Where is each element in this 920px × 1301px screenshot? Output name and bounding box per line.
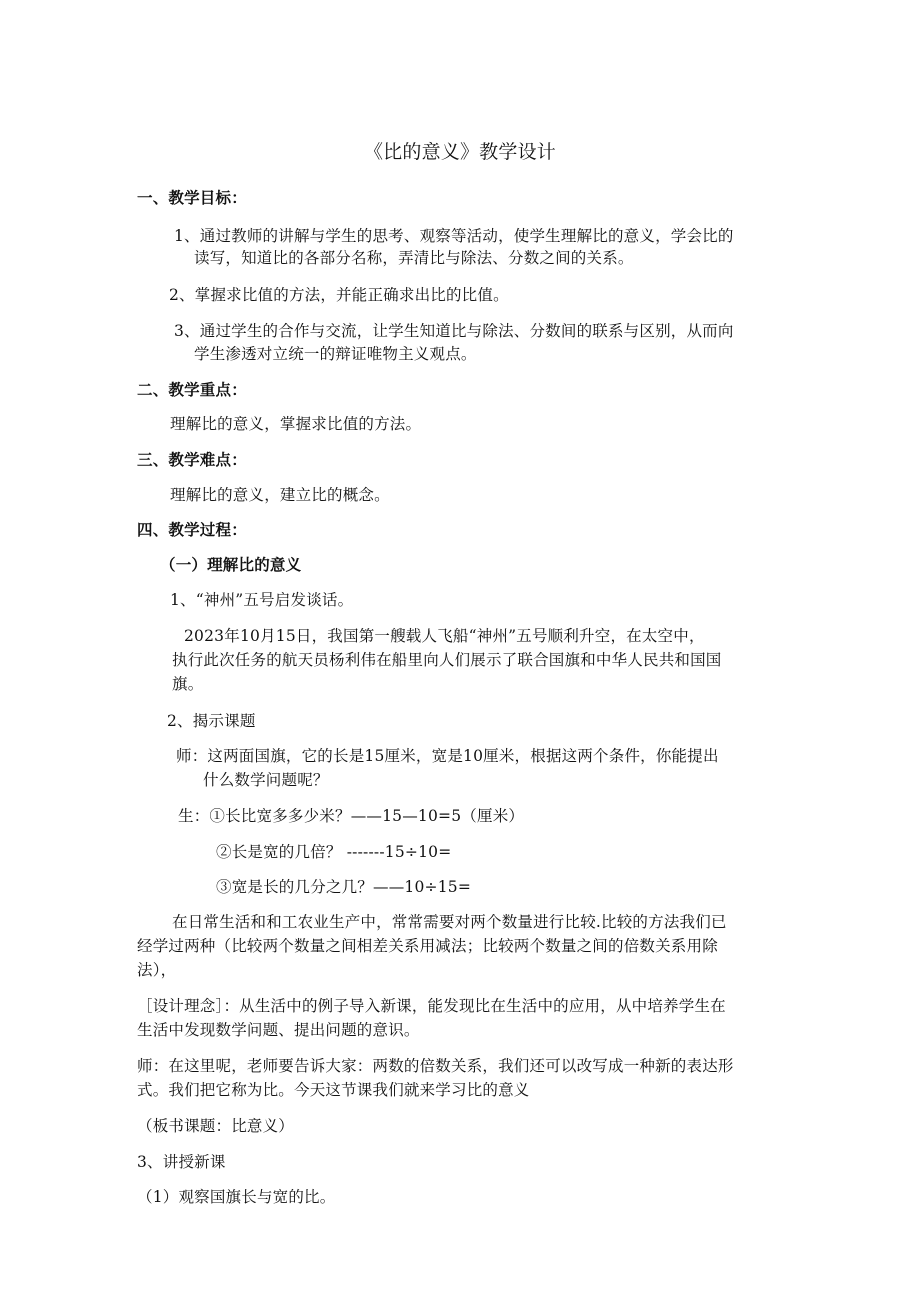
- compare-paragraph-line-2: 经学过两种（比较两个数量之间相差关系用减法；比较两个数量之间的倍数关系用除: [137, 936, 718, 956]
- step-3-subitem-1: （1）观察国旗长与宽的比。: [137, 1187, 335, 1207]
- board-title: （板书课题：比意义）: [137, 1116, 294, 1136]
- compare-paragraph-line-1: 在日常生活和和工农业生产中，常常需要对两个数量进行比较.比较的方法我们已: [172, 912, 727, 932]
- heading-process: 四、教学过程：: [137, 520, 247, 540]
- goal-1-line-1: 1、通过教师的讲解与学生的思考、观察等活动，使学生理解比的意义，学会比的: [174, 226, 734, 246]
- difficulties-text: 理解比的意义，建立比的概念。: [170, 485, 390, 505]
- step-1-title: 1、“神州”五号启发谈话。: [170, 590, 353, 610]
- key-points-text: 理解比的意义，掌握求比值的方法。: [170, 414, 421, 434]
- step-1-paragraph-line-1: 2023年10月15日，我国第一艘载人飞船“神州”五号顺利升空，在太空中，: [184, 626, 705, 646]
- teacher-question-line-1: 师：这两面国旗，它的长是15厘米，宽是10厘米，根据这两个条件，你能提出: [176, 746, 719, 766]
- heading-difficulties: 三、教学难点：: [137, 450, 247, 470]
- student-answer-1: 生：①长比宽多多少米？——15—10=5（厘米）: [178, 806, 524, 826]
- compare-paragraph-line-3: 法），: [137, 960, 176, 980]
- student-answer-2: ②长是宽的几倍？ -------15÷10=: [216, 842, 451, 862]
- goal-3-line-2: 学生渗透对立统一的辩证唯物主义观点。: [194, 344, 477, 364]
- heading-goals: 一、教学目标：: [137, 188, 247, 208]
- design-concept-line-2: 生活中发现数学问题、提出问题的意识。: [137, 1020, 420, 1040]
- design-concept-line-1: ［设计理念］：从生活中的例子导入新课，能发现比在生活中的应用，从中培养学生在: [137, 996, 726, 1016]
- document-title: 《比的意义》教学设计: [0, 142, 920, 162]
- process-subheading: （一）理解比的意义: [160, 555, 301, 575]
- teacher-explain-line-1: 师：在这里呢，老师要告诉大家：两数的倍数关系，我们还可以改写成一种新的表达形: [137, 1056, 734, 1076]
- goal-1-line-2: 读写，知道比的各部分名称，弄清比与除法、分数之间的关系。: [194, 248, 634, 268]
- teacher-question-line-2: 什么数学问题呢？: [203, 770, 329, 790]
- goal-2: 2、掌握求比值的方法，并能正确求出比的比值。: [169, 285, 509, 305]
- document-page: 《比的意义》教学设计 一、教学目标： 1、通过教师的讲解与学生的思考、观察等活动…: [0, 0, 920, 1301]
- student-answer-3: ③宽是长的几分之几？——10÷15=: [216, 877, 471, 897]
- goal-3-line-1: 3、通过学生的合作与交流，让学生知道比与除法、分数间的联系与区别，从而向: [174, 321, 734, 341]
- step-2-title: 2、揭示课题: [167, 711, 256, 731]
- step-3-title: 3、讲授新课: [137, 1152, 226, 1172]
- step-1-paragraph-line-2: 执行此次任务的航天员杨利伟在船里向人们展示了联合国旗和中华人民共和国国: [172, 650, 722, 670]
- heading-key-points: 二、教学重点：: [137, 380, 247, 400]
- step-1-paragraph-line-3: 旗。: [172, 674, 203, 694]
- teacher-explain-line-2: 式。我们把它称为比。今天这节课我们就来学习比的意义: [137, 1080, 530, 1100]
